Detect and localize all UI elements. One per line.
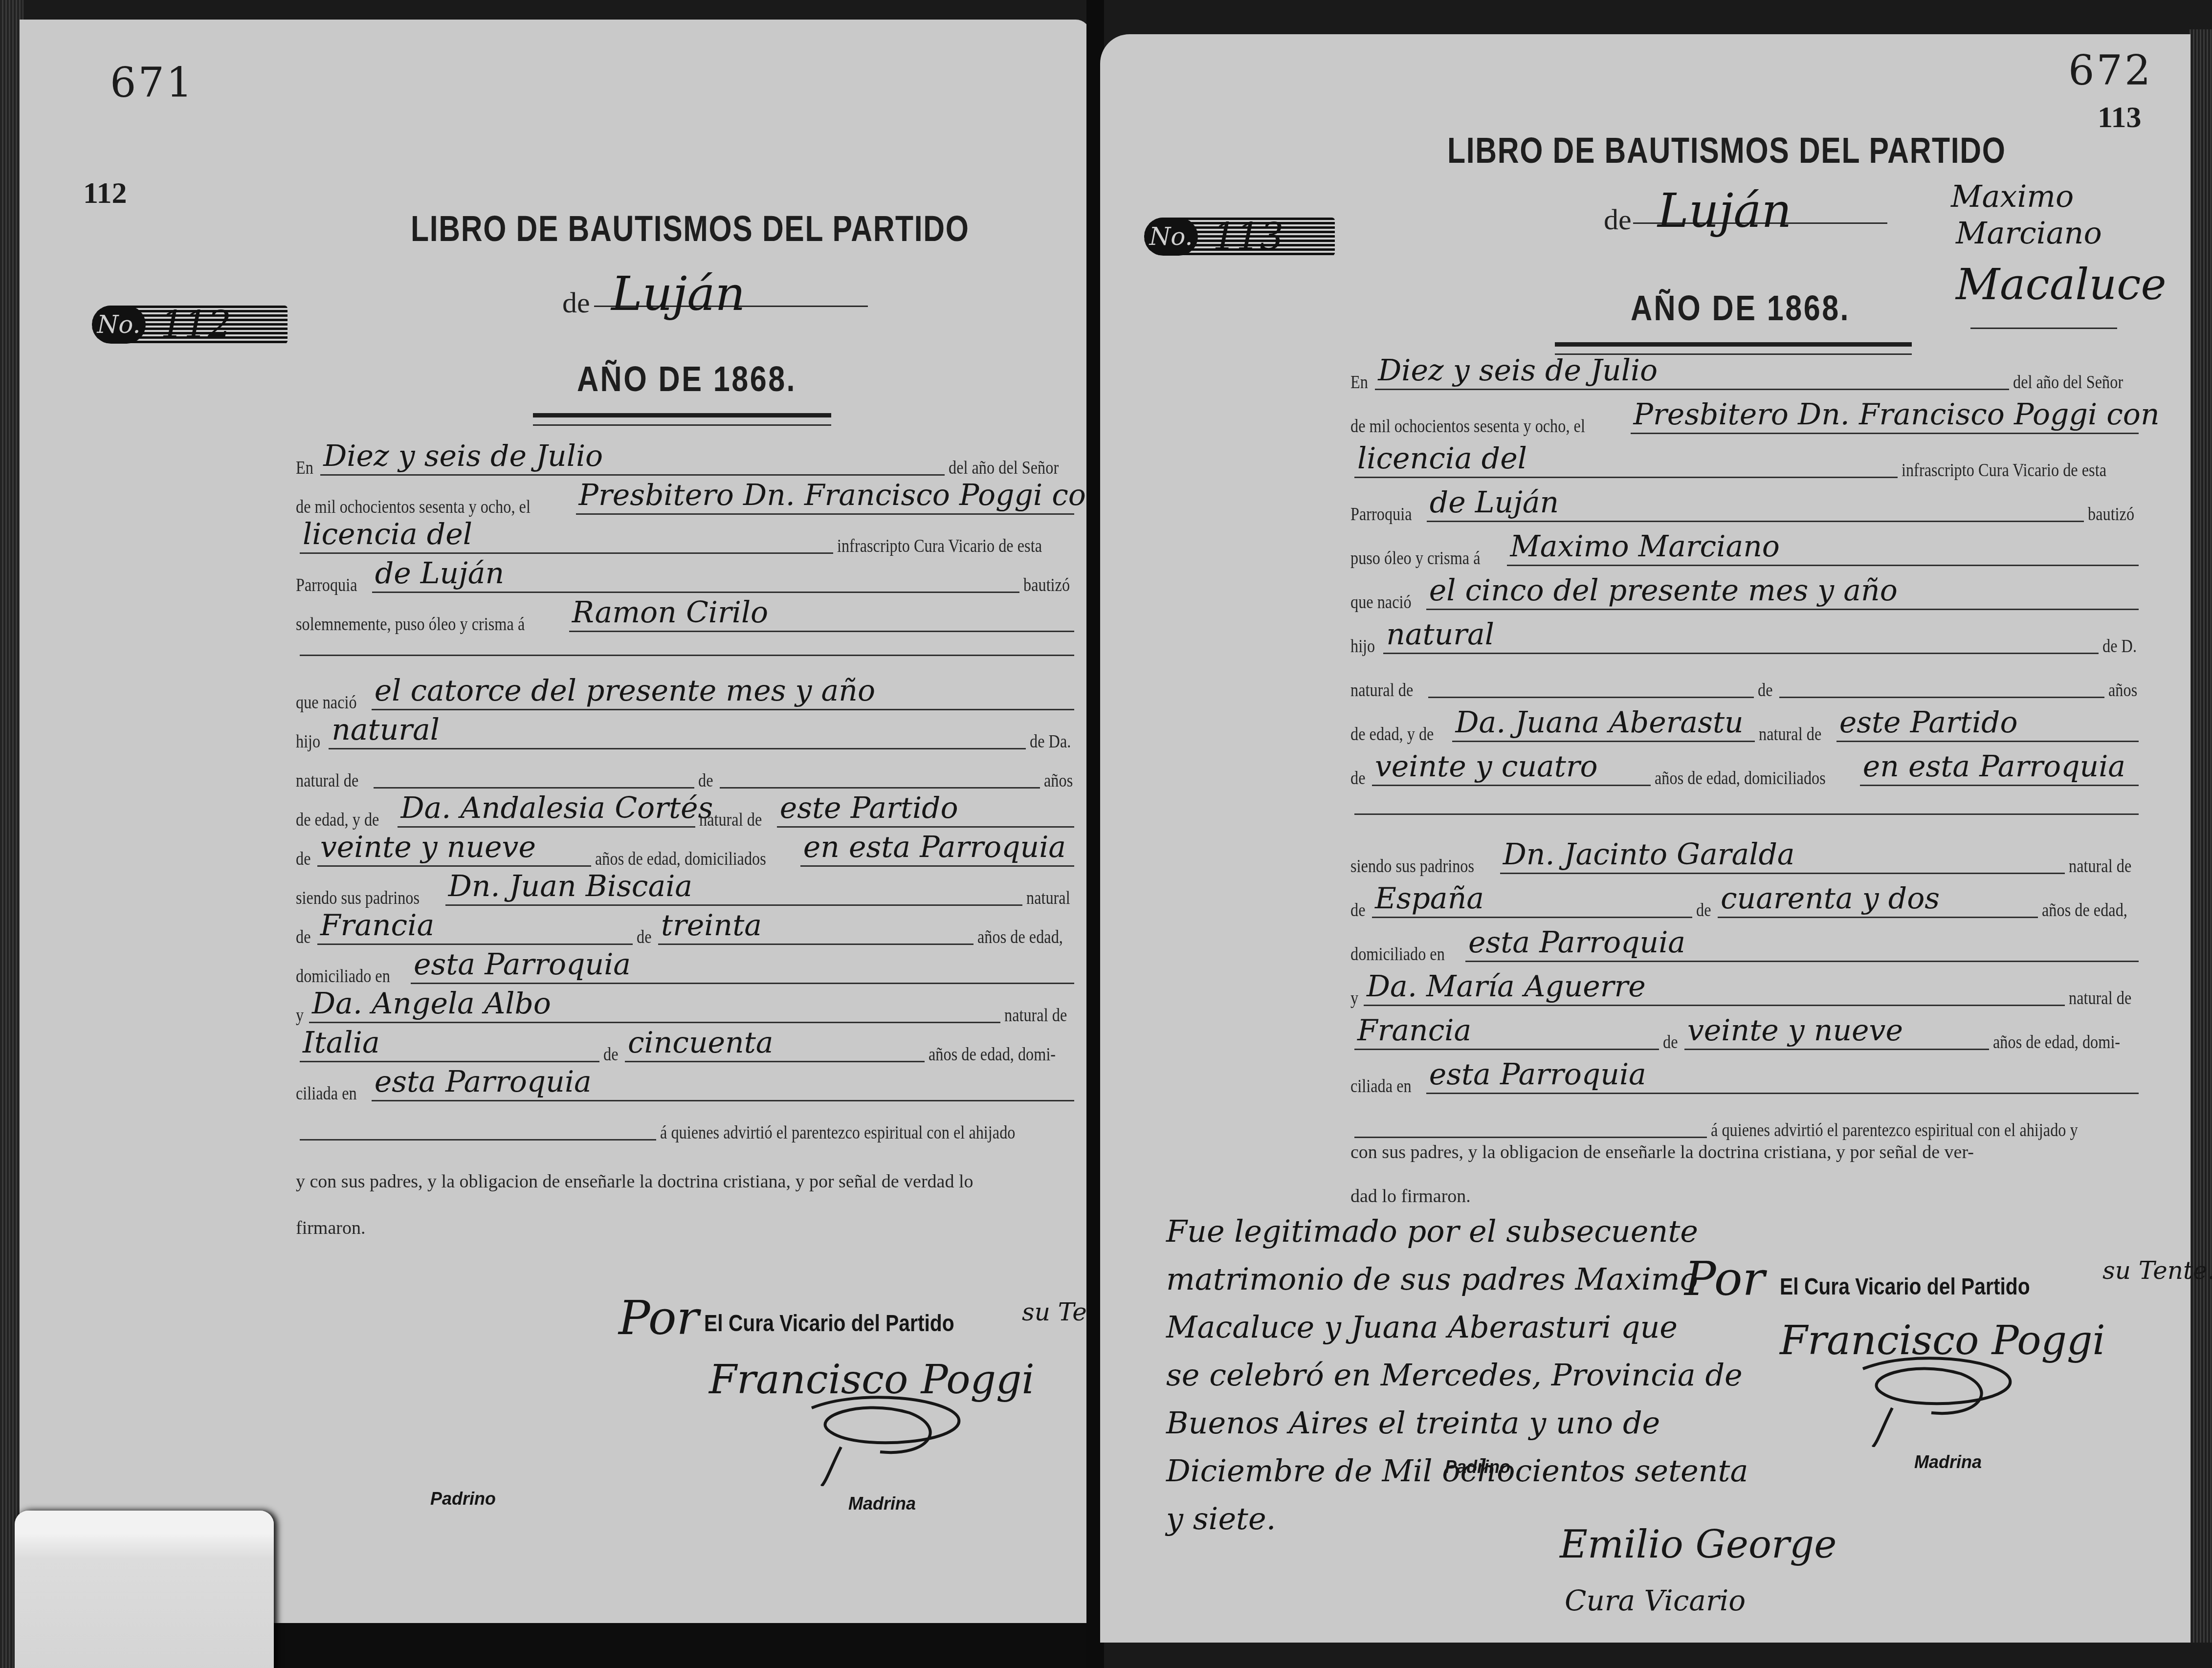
right-book-title: LIBRO DE BAUTISMOS DEL PARTIDO (1447, 130, 2006, 171)
left-rubric-flourish-icon (802, 1388, 978, 1486)
printed-label: á quienes advirtió el parentezco espirit… (660, 1122, 1015, 1143)
left-por-handwritten: Por (619, 1291, 699, 1345)
handwritten-entry: Diez y seis de Julio (1378, 353, 1658, 388)
printed-label: que nació (1350, 592, 1412, 613)
handwritten-entry: cincuenta (628, 1026, 774, 1060)
form-blank: este Partido (777, 824, 1074, 828)
handwritten-entry: veinte y nueve (1687, 1013, 1903, 1048)
handwritten-entry: licencia del (303, 517, 472, 551)
left-place-handwritten: Luján (611, 266, 745, 321)
right-closing-text: con sus padres, y la obligacion de enseñ… (1350, 1141, 2143, 1163)
printed-label: y (296, 1005, 304, 1026)
handwritten-entry: Da. Angela Albo (312, 987, 551, 1021)
form-line: de edad, y deDa. Juana Aberastunatural d… (1350, 724, 2143, 745)
handwritten-entry: veinte y nueve (320, 830, 536, 864)
form-blank: Diez y seis de Julio (1375, 387, 2009, 390)
form-blank: Ramon Cirilo (569, 629, 1074, 632)
form-line: Parroquiade Lujánbautizó (296, 574, 1078, 596)
form-line: Parroquiade Lujánbautizó (1350, 504, 2143, 525)
printed-label: natural de (1004, 1005, 1067, 1026)
right-entry-number-stamp: No. 113 (1144, 218, 1335, 256)
handwritten-entry: en esta Parroquia (1863, 749, 2125, 784)
form-blank: Da. Angela Albo (309, 1020, 1000, 1023)
form-blank: veinte y cuatro (1372, 783, 1651, 786)
left-book-title: LIBRO DE BAUTISMOS DEL PARTIDO (411, 208, 970, 249)
form-blank: Presbitero Dn. Francisco Poggi con (1631, 431, 2139, 434)
printed-label: natural de (2069, 856, 2131, 877)
form-blank: el cinco del presente mes y año (1426, 607, 2139, 610)
printed-label: años (1044, 770, 1073, 791)
printed-label: siendo sus padrinos (296, 887, 420, 909)
note-line: Macaluce y Juana Aberasturi que (1166, 1303, 1748, 1351)
form-blank: cuarenta y dos (1718, 915, 2038, 918)
printed-label: puso óleo y crisma á (1350, 548, 1481, 569)
form-blank: cincuenta (625, 1059, 925, 1062)
form-line: natural dedeaños (296, 770, 1078, 791)
handwritten-entry: de Luján (1430, 485, 1559, 520)
form-blank (1354, 1135, 1707, 1138)
form-line: yDa. María Aguerrenatural de (1350, 988, 2143, 1009)
form-blank: veinte y nueve (317, 863, 591, 867)
form-blank: veinte y nueve (1684, 1047, 1989, 1050)
form-line: que nacióel catorce del presente mes y a… (296, 692, 1078, 713)
printed-label: de (296, 848, 310, 870)
form-line: EnDiez y seis de Juliodel año del Señor (296, 457, 1078, 479)
form-blank (1354, 812, 2139, 815)
handwritten-entry: Maximo Marciano (1510, 529, 1780, 564)
printed-label: de edad, y de (296, 809, 379, 831)
form-line: deveinte y cuatroaños de edad, domicilia… (1350, 768, 2143, 789)
printed-label: domiciliado en (296, 966, 390, 987)
right-margin-name-1: Maximo (1951, 178, 2074, 214)
right-folio-number: 672 (2068, 46, 2152, 94)
handwritten-entry: España (1375, 881, 1484, 916)
form-line: deFranciadetreintaaños de edad, (296, 926, 1078, 948)
form-line: yDa. Angela Albonatural de (296, 1005, 1078, 1026)
printed-label: infrascripto Cura Vicario de esta (837, 535, 1042, 557)
form-line: de mil ochocientos sesenta y ocho, elPre… (1350, 416, 2143, 437)
form-blank: Da. María Aguerre (1364, 1003, 2065, 1006)
right-closing-text-2: dad lo firmaron. (1350, 1185, 1471, 1207)
note-line: se celebró en Mercedes, Provincia de (1166, 1351, 1748, 1399)
handwritten-entry: Presbitero Dn. Francisco Poggi con (1634, 397, 2160, 432)
printed-label: natural de (1350, 680, 1413, 701)
printed-label: años de edad, domi- (1993, 1032, 2120, 1053)
handwritten-entry: Italia (303, 1026, 380, 1060)
form-blank: en esta Parroquia (800, 863, 1074, 867)
handwritten-entry: esta Parroquia (1468, 925, 1685, 960)
left-madrina-label: Madrina (848, 1493, 916, 1514)
form-blank (720, 785, 1040, 789)
handwritten-entry: Francia (1357, 1013, 1471, 1048)
printed-label: natural de (296, 770, 358, 791)
form-blank: Maximo Marciano (1507, 563, 2139, 566)
handwritten-entry: este Partido (780, 791, 958, 825)
handwritten-entry: Diez y seis de Julio (323, 439, 603, 473)
form-blank: natural (1383, 651, 2099, 654)
form-blank: treinta (658, 942, 973, 945)
handwritten-entry: Ramon Cirilo (572, 595, 768, 630)
printed-label: años de edad, domi- (929, 1044, 1056, 1065)
form-blank: Presbitero Dn. Francisco Poggi con (576, 511, 1074, 515)
printed-label: de (296, 926, 310, 948)
form-blank (1779, 695, 2105, 698)
form-blank (300, 1137, 656, 1141)
form-blank: este Partido (1836, 739, 2139, 742)
printed-label: ciliada en (296, 1083, 357, 1104)
left-closing-text: y con sus padres, y la obligacion de ens… (296, 1171, 1078, 1192)
right-entry-number: 113 (1213, 215, 1283, 258)
right-por-handwritten: Por (1684, 1251, 1765, 1306)
right-rubric-flourish-icon (1853, 1349, 2029, 1447)
form-line: siendo sus padrinosDn. Juan Biscaianatur… (296, 887, 1078, 909)
printed-label: infrascripto Cura Vicario de esta (1902, 460, 2106, 481)
form-blank: esta Parroquia (411, 981, 1074, 984)
printed-label: ciliada en (1350, 1075, 1412, 1097)
left-title-divider (533, 413, 831, 426)
right-margin-name-3: Macaluce (1956, 259, 2167, 309)
right-padrino-label: Padrino (1445, 1457, 1510, 1477)
printed-label: domiciliado en (1350, 944, 1445, 965)
form-line: hijonaturalde D. (1350, 636, 2143, 657)
form-blank: de Luján (372, 590, 1019, 593)
printed-label: natural de (1759, 724, 1821, 745)
printed-label: de (1758, 680, 1772, 701)
printed-label: siendo sus padrinos (1350, 856, 1474, 877)
number-sign-icon: No. (1144, 218, 1198, 256)
handwritten-entry: esta Parroquia (1429, 1057, 1646, 1092)
printed-label: años de edad, domiciliados (1655, 768, 1826, 789)
printed-label: bautizó (1023, 574, 1070, 596)
form-blank: Diez y seis de Julio (320, 472, 945, 476)
handwritten-entry: Da. Juana Aberastu (1455, 705, 1743, 740)
book-edge-right (2190, 29, 2212, 1643)
left-padrino-label: Padrino (430, 1489, 496, 1509)
printed-label: del año del Señor (2013, 372, 2123, 393)
right-margin-name-rule (1970, 328, 2117, 329)
handwritten-entry: este Partido (1839, 705, 2018, 740)
handwritten-entry: natural (1386, 617, 1494, 652)
form-line: de mil ochocientos sesenta y ocho, elPre… (296, 496, 1078, 518)
printed-label: y (1350, 988, 1358, 1009)
form-line: EnDiez y seis de Juliodel año del Señor (1350, 372, 2143, 393)
printed-label: Parroquia (1350, 504, 1412, 525)
handwritten-entry: Francia (320, 908, 434, 943)
printed-label: de edad, y de (1350, 724, 1434, 745)
form-blank: en esta Parroquia (1860, 783, 2139, 786)
form-blank: Da. Juana Aberastu (1452, 739, 1754, 742)
form-line: natural dedeaños (1350, 680, 2143, 701)
handwritten-entry: esta Parroquia (414, 947, 631, 982)
handwritten-entry: Da. Andalesia Cortés (400, 791, 713, 825)
printed-label: de (1350, 768, 1365, 789)
form-line: que nacióel cinco del presente mes y año (1350, 592, 2143, 613)
form-line: ciliada enesta Parroquia (296, 1083, 1078, 1104)
page-bottom-shadow (274, 1623, 1095, 1668)
form-blank: esta Parroquia (372, 1098, 1074, 1101)
form-blank: Francia (317, 942, 633, 945)
printed-label: del año del Señor (949, 457, 1059, 479)
form-blank: Francia (1354, 1047, 1659, 1050)
right-de-label: de (1604, 203, 1632, 237)
handwritten-entry: natural (332, 713, 440, 747)
form-line: ciliada enesta Parroquia (1350, 1075, 2143, 1097)
right-place-handwritten: Luján (1658, 183, 1792, 238)
handwritten-entry: treinta (661, 908, 762, 943)
note-signature: Emilio George (1560, 1523, 1836, 1567)
form-blank: esta Parroquia (1426, 1091, 2139, 1094)
handwritten-entry: Presbitero Dn. Francisco Poggi con (579, 478, 1105, 512)
form-blank: de Luján (1427, 519, 2084, 522)
printed-label: de D. (2102, 636, 2137, 657)
left-signature-heading: El Cura Vicario del Partido (704, 1310, 954, 1337)
printed-label: En (296, 457, 313, 479)
printed-label: hijo (1350, 636, 1375, 657)
form-line (296, 653, 1078, 659)
handwritten-entry: esta Parroquia (375, 1065, 592, 1099)
form-line: licencia delinfrascripto Cura Vicario de… (1350, 460, 2143, 481)
printed-label: natural de (2069, 988, 2131, 1009)
printed-label: En (1350, 372, 1368, 393)
handwritten-entry: Dn. Juan Biscaia (448, 869, 692, 903)
form-blank: Italia (300, 1059, 599, 1062)
form-blank (374, 785, 694, 789)
right-marginal-note: Fue legitimado por el subsecuente matrim… (1166, 1207, 1748, 1543)
form-line: solemnemente, puso óleo y crisma áRamon … (296, 614, 1078, 635)
handwritten-entry: veinte y cuatro (1375, 749, 1598, 784)
form-blank: Dn. Jacinto Garalda (1500, 871, 2065, 874)
printed-label: que nació (296, 692, 357, 713)
handwritten-entry: Da. María Aguerre (1367, 969, 1646, 1004)
printed-label: hijo (296, 731, 320, 752)
form-line: licencia delinfrascripto Cura Vicario de… (296, 535, 1078, 557)
form-line (1350, 812, 2143, 818)
form-line: domiciliado enesta Parroquia (1350, 944, 2143, 965)
printed-label: años (2108, 680, 2137, 701)
form-blank: esta Parroquia (1465, 959, 2139, 962)
right-year: AÑO DE 1868. (1631, 288, 1850, 329)
note-signature-title: Cura Vicario (1565, 1584, 1746, 1617)
printed-label: de (1350, 900, 1365, 921)
form-line: á quienes advirtió el parentezco espirit… (296, 1122, 1078, 1143)
printed-label: de (603, 1044, 618, 1065)
form-blank: Da. Andalesia Cortés (398, 824, 695, 828)
handwritten-entry: de Luján (375, 556, 505, 591)
form-blank (1428, 695, 1754, 698)
form-line: Italiadecincuentaaños de edad, domi- (296, 1044, 1078, 1065)
handwritten-entry: el cinco del presente mes y año (1429, 573, 1898, 608)
left-entry-number: 112 (160, 303, 231, 346)
printed-label: años de edad, domiciliados (595, 848, 766, 870)
form-line: siendo sus padrinosDn. Jacinto Garaldana… (1350, 856, 2143, 877)
right-signature-side-note: su Tente. (2102, 1256, 2212, 1285)
handwritten-entry: cuarenta y dos (1721, 881, 1940, 916)
left-year: AÑO DE 1868. (577, 359, 796, 399)
note-line: Fue legitimado por el subsecuente (1166, 1207, 1748, 1255)
printed-label: Parroquia (296, 574, 357, 596)
printed-label: años de edad, (977, 926, 1063, 948)
printed-label: bautizó (2088, 504, 2134, 525)
handwritten-entry: el catorce del presente mes y año (375, 674, 875, 708)
printed-label: solemnemente, puso óleo y crisma á (296, 614, 525, 635)
book-weight-clip (15, 1511, 274, 1668)
form-blank: España (1372, 915, 1692, 918)
form-line: deveinte y nueveaños de edad, domiciliad… (296, 848, 1078, 870)
right-madrina-label: Madrina (1914, 1452, 1982, 1472)
left-entry-number-stamp: No. 112 (92, 306, 288, 344)
form-blank (300, 653, 1074, 656)
handwritten-entry: Dn. Jacinto Garalda (1503, 837, 1795, 872)
number-sign-icon: No. (92, 306, 146, 344)
handwritten-entry: licencia del (1357, 441, 1527, 476)
form-line: puso óleo y crisma áMaximo Marciano (1350, 548, 2143, 569)
form-line: Franciadeveinte y nueveaños de edad, dom… (1350, 1032, 2143, 1053)
printed-label: de (637, 926, 651, 948)
left-leaf-number: 112 (83, 176, 127, 211)
note-line: matrimonio de sus padres Maximo (1166, 1255, 1748, 1303)
printed-label: natural (1026, 887, 1070, 909)
printed-label: de (1696, 900, 1711, 921)
form-blank: licencia del (1354, 475, 1898, 478)
form-line: hijonaturalde Da. (296, 731, 1078, 752)
form-line: domiciliado enesta Parroquia (296, 966, 1078, 987)
right-margin-name-2: Marciano (1956, 215, 2102, 251)
printed-label: de mil ochocientos sesenta y ocho, el (296, 496, 531, 518)
left-de-label: de (562, 286, 590, 320)
right-leaf-number: 113 (2098, 100, 2142, 135)
form-blank: el catorce del presente mes y año (372, 707, 1074, 710)
printed-label: á quienes advirtió el parentezco espirit… (1711, 1119, 2078, 1141)
printed-label: de Da. (1030, 731, 1071, 752)
note-line: Buenos Aires el treinta y uno de (1166, 1399, 1748, 1447)
form-blank: licencia del (300, 550, 833, 554)
printed-label: de mil ochocientos sesenta y ocho, el (1350, 416, 1585, 437)
printed-label: natural de (699, 809, 762, 831)
form-line: deEspañadecuarenta y dosaños de edad, (1350, 900, 2143, 921)
printed-label: de (1663, 1032, 1678, 1053)
form-blank: natural (329, 746, 1026, 749)
form-blank: Dn. Juan Biscaia (445, 902, 1023, 906)
form-line: á quienes advirtió el parentezco espirit… (1350, 1119, 2143, 1141)
printed-label: años de edad, (2042, 900, 2127, 921)
handwritten-entry: en esta Parroquia (803, 830, 1066, 864)
left-folio-number: 671 (110, 59, 194, 107)
left-closing-text-2: firmaron. (296, 1217, 365, 1239)
form-line: de edad, y deDa. Andalesia Cortésnatural… (296, 809, 1078, 831)
right-signature-heading: El Cura Vicario del Partido (1780, 1273, 2030, 1300)
printed-label: de (698, 770, 713, 791)
